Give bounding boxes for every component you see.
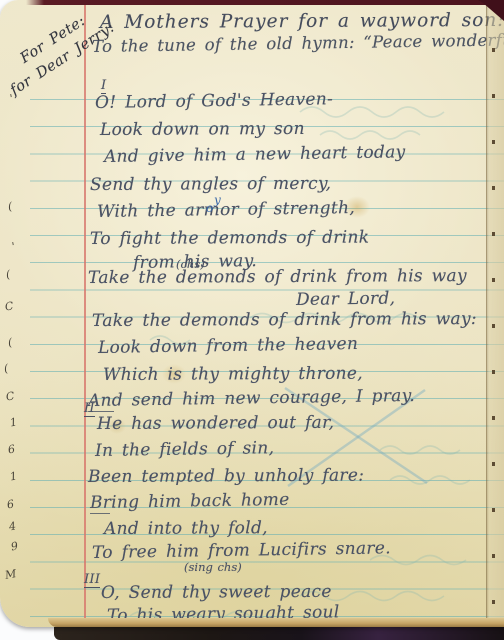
correction-insert-o: o: [206, 201, 214, 215]
book-cover-top-edge: [26, 0, 504, 5]
page-subtitle: To the tune of the old hymn: “Peace wond…: [92, 29, 504, 56]
spine-edge-glyph: M: [4, 567, 17, 582]
spine-edge-glyph: (: [7, 200, 13, 214]
verse1-line13: And send him new courage, I pray.: [88, 386, 415, 411]
page-bottom-edge: [48, 618, 504, 627]
stanza-marker-2: II: [84, 401, 95, 417]
verse2-line2: In the fields of sin,: [95, 438, 275, 461]
spine-edge-glyph: ': [11, 240, 16, 253]
verse1-line12: Which is thy mighty throne,: [103, 364, 363, 385]
verse1-line5: With the armor of strength,: [97, 198, 355, 222]
verse2-line5: And into thy fold,: [104, 518, 268, 539]
notebook-page: A Mothers Prayer for a wayword son: To t…: [0, 0, 504, 627]
verse1-line3: And give him a new heart today: [104, 142, 406, 167]
spine-edge-glyph: (: [7, 336, 13, 350]
handwritten-prayer: A Mothers Prayer for a wayword son: To t…: [0, 0, 504, 640]
page-title: A Mothers Prayer for a wayword son:: [100, 10, 504, 33]
verse1-line1: O! Lord of God's Heaven-: [95, 89, 333, 113]
verse1-line8: Take the demonds of drink from his way: [88, 266, 467, 288]
verse2-line1: He has wondered out far,: [97, 413, 334, 434]
spine-edge-glyph: 4: [8, 519, 17, 533]
spine-edge-glyph: C: [4, 299, 15, 313]
verse1-line4: Send thy angles of mercy,: [90, 174, 331, 195]
verse1-line11: Look down from the heaven: [98, 334, 358, 358]
book-binding: '('(C((C161649M: [0, 0, 54, 627]
sing-chorus-annotation: (sing chs): [184, 560, 242, 574]
binding-stitches: [492, 48, 495, 608]
spine-edge-glyph: (: [3, 362, 9, 376]
verse2-line3: Been tempted by unholy fare:: [88, 466, 364, 487]
spine-edge-glyph: C: [5, 389, 16, 403]
spine-edge-glyph: 6: [6, 497, 15, 511]
page-crease: [486, 0, 487, 627]
spine-edge-glyph: 1: [9, 415, 18, 429]
spine-edge-glyph: (: [5, 268, 11, 282]
verse1-line9: Dear Lord,: [296, 288, 396, 310]
underline-mark: [90, 513, 110, 514]
verse1-line6: To fight the demonds of drink: [90, 228, 369, 249]
next-page-edge: [486, 0, 504, 627]
stanza-marker-3: III: [84, 572, 100, 588]
spine-edge-glyph: 1: [9, 469, 18, 483]
verse1-line10: Take the demonds of drink from his way:: [92, 309, 477, 331]
spine-edge-glyph: ': [9, 92, 14, 105]
stanza-marker-1: I: [101, 78, 106, 94]
spine-edge-glyph: 6: [7, 442, 16, 456]
verse3-line1: O, Send thy sweet peace: [101, 582, 332, 603]
torn-page-edge-marks: '('(C((C161649M: [0, 0, 30, 627]
verse1-line2: Look down on my son: [100, 119, 305, 140]
verse2-line4: Bring him back home: [90, 490, 290, 513]
scanned-notebook-page: A Mothers Prayer for a wayword son: To t…: [0, 0, 504, 640]
spine-edge-glyph: 9: [10, 539, 19, 553]
